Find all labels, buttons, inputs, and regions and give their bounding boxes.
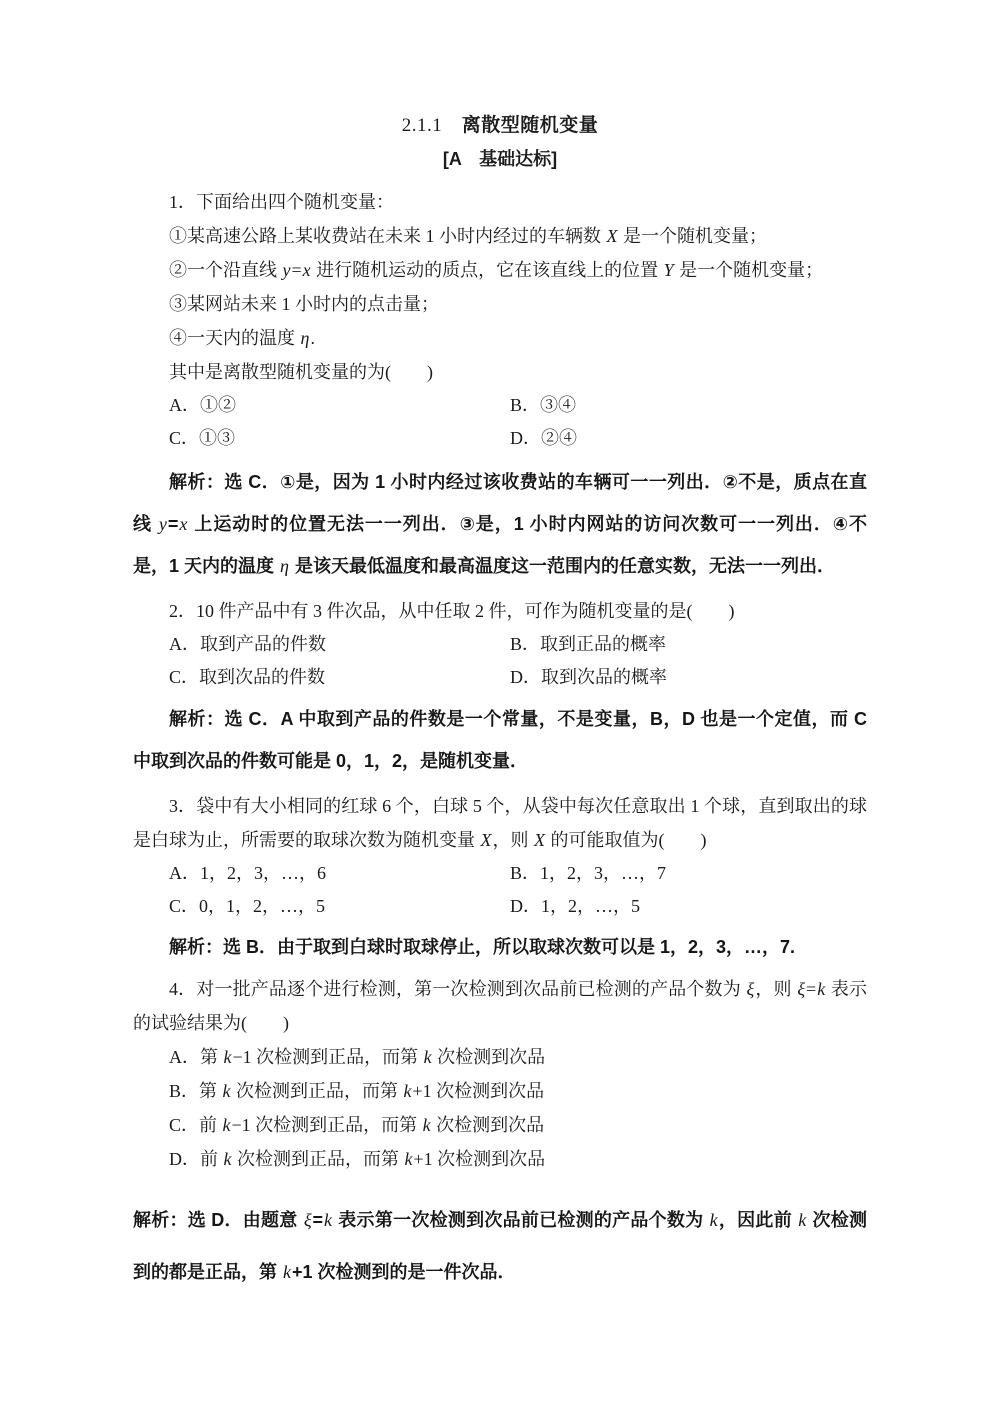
question-1-option-a: A．①② [133,389,510,422]
question-4-option-c: C．前 k−1 次检测到正品，而第 k 次检测到次品 [133,1108,867,1142]
question-2-option-c: C．取到次品的件数 [133,661,510,694]
question-1-option-c: C．①③ [133,422,510,455]
solution-1: 解析：选 C．①是，因为 1 小时内经过该收费站的车辆可一一列出．②不是，质点在… [133,461,867,587]
question-1-item-4: ④一天内的温度 η. [133,321,867,355]
question-1-prompt: 其中是离散型随机变量的为( ) [133,355,867,389]
question-2-stem: 2．10 件产品中有 3 件次品，从中任取 2 件，可作为随机变量的是( ) [133,594,867,628]
question-3-option-b: B．1，2，3，…，7 [510,857,666,890]
question-1-options-row-1: A．①② B．③④ [133,389,867,422]
question-2-option-a: A．取到产品的件数 [133,628,510,661]
page-title: 2.1.1 离散型随机变量 [133,112,867,140]
question-2-options-row-1: A．取到产品的件数 B．取到正品的概率 [133,628,867,661]
question-1: 1．下面给出四个随机变量： ①某高速公路上某收费站在未来 1 小时内经过的车辆数… [133,185,867,587]
question-3-options-row-1: A．1，2，3，…，6 B．1，2，3，…，7 [133,857,867,890]
question-2-option-d: D．取到次品的概率 [510,661,667,694]
question-1-option-d: D．②④ [510,422,577,455]
question-3-option-d: D．1，2，…，5 [510,890,640,923]
question-4: 4．对一批产品逐个进行检测，第一次检测到次品前已检测的产品个数为 ξ，则 ξ=k… [133,972,867,1298]
solution-4: 解析：选 D．由题意 ξ=k 表示第一次检测到次品前已检测的产品个数为 k，因此… [133,1194,867,1298]
question-1-item-2: ②一个沿直线 y=x 进行随机运动的质点，它在该直线上的位置 Y 是一个随机变量… [133,253,867,287]
solution-2: 解析：选 C．A 中取到产品的件数是一个常量，不是变量，B，D 也是一个定值，而… [133,698,867,782]
solution-3: 解析：选 B．由于取到白球时取球停止，所以取球次数可以是 1，2，3，…，7. [133,929,867,965]
question-3-option-a: A．1，2，3，…，6 [133,857,510,890]
question-4-option-d: D．前 k 次检测到正品，而第 k+1 次检测到次品 [133,1142,867,1176]
question-4-stem: 4．对一批产品逐个进行检测，第一次检测到次品前已检测的产品个数为 ξ，则 ξ=k… [133,972,867,1040]
question-3-option-c: C．0，1，2，…，5 [133,890,510,923]
question-1-item-3: ③某网站未来 1 小时内的点击量； [133,287,867,321]
question-1-stem: 1．下面给出四个随机变量： [133,185,867,219]
question-3: 3．袋中有大小相同的红球 6 个，白球 5 个，从袋中每次任意取出 1 个球，直… [133,789,867,965]
question-2: 2．10 件产品中有 3 件次品，从中任取 2 件，可作为随机变量的是( ) A… [133,594,867,782]
question-1-options-row-2: C．①③ D．②④ [133,422,867,455]
worksheet-page: 2.1.1 离散型随机变量 [A 基础达标] 1．下面给出四个随机变量： ①某高… [0,0,1000,1298]
question-3-stem: 3．袋中有大小相同的红球 6 个，白球 5 个，从袋中每次任意取出 1 个球，直… [133,789,867,857]
question-2-option-b: B．取到正品的概率 [510,628,666,661]
question-4-option-b: B．第 k 次检测到正品，而第 k+1 次检测到次品 [133,1074,867,1108]
question-3-options-row-2: C．0，1，2，…，5 D．1，2，…，5 [133,890,867,923]
question-1-item-1: ①某高速公路上某收费站在未来 1 小时内经过的车辆数 X 是一个随机变量； [133,219,867,253]
question-2-options-row-2: C．取到次品的件数 D．取到次品的概率 [133,661,867,694]
section-heading: [A 基础达标] [133,145,867,173]
question-4-option-a: A．第 k−1 次检测到正品，而第 k 次检测到次品 [133,1040,867,1074]
question-1-option-b: B．③④ [510,389,576,422]
